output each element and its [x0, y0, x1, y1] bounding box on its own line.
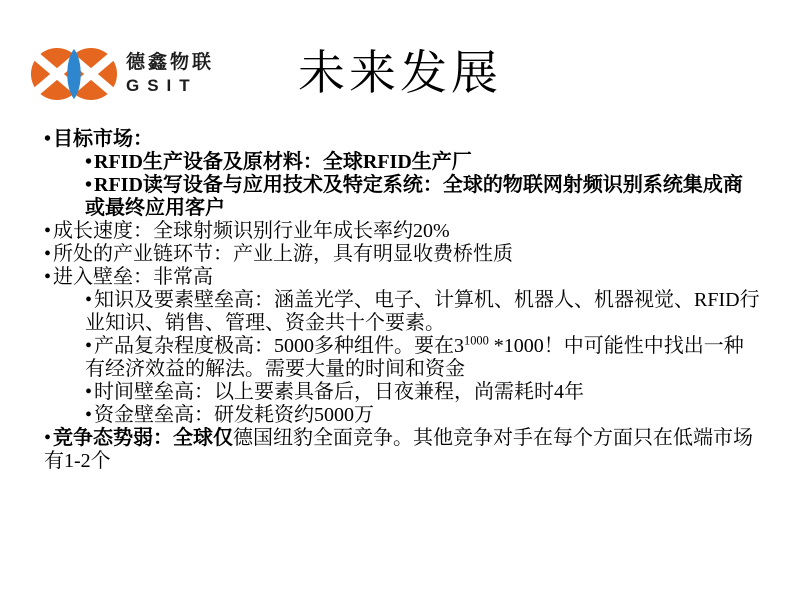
bullet-marker: •	[85, 381, 92, 404]
bullet-marker: •	[44, 128, 51, 151]
bullet-text: 知识及要素壁垒高：涵盖光学、电子、计算机、机器人、机器视觉、RFID行业知识、销…	[85, 289, 760, 334]
bullet-marker: •	[85, 151, 92, 174]
bullet-marker: •	[44, 220, 51, 243]
bullet-item: •竞争态势弱：全球仅德国纽豹全面竞争。其他竞争对手在每个方面只在低端市场有1-2…	[40, 427, 762, 473]
bullet-text: 所处的产业链环节：产业上游，具有明显收费桥性质	[53, 243, 513, 265]
bullet-text-superscript: 1000	[464, 333, 489, 347]
bullet-text: 产品复杂程度极高：5000多种组件。要在3	[94, 335, 464, 357]
bullet-list: •目标市场：•RFID生产设备及原材料：全球RFID生产厂•RFID读写设备与应…	[40, 128, 762, 473]
bullet-item: •RFID读写设备与应用技术及特定系统：全球的物联网射频识别系统集成商或最终应用…	[40, 174, 762, 220]
bullet-text: 目标市场：	[53, 128, 153, 150]
bullet-item: •进入壁垒：非常高	[40, 266, 762, 289]
bullet-item: •知识及要素壁垒高：涵盖光学、电子、计算机、机器人、机器视觉、RFID行业知识、…	[40, 289, 762, 335]
bullet-item: •资金壁垒高：研发耗资约5000万	[40, 404, 762, 427]
bullet-text: 资金壁垒高：研发耗资约5000万	[94, 404, 374, 426]
bullet-text: 进入壁垒：非常高	[53, 266, 213, 288]
bullet-marker: •	[44, 243, 51, 266]
bullet-marker: •	[85, 404, 92, 427]
bullet-text: 竞争态势弱：全球仅	[53, 427, 233, 449]
presentation-slide: 德鑫物联 GSIT 未来发展 •目标市场：•RFID生产设备及原材料：全球RFI…	[0, 0, 800, 600]
bullet-marker: •	[85, 174, 92, 197]
bullet-marker: •	[44, 266, 51, 289]
slide-title: 未来发展	[0, 44, 800, 104]
bullet-text: RFID读写设备与应用技术及特定系统：全球的物联网射频识别系统集成商或最终应用客…	[85, 174, 743, 219]
bullet-text: 时间壁垒高：以上要素具备后，日夜兼程，尚需耗时4年	[94, 381, 584, 403]
bullet-marker: •	[85, 335, 92, 358]
bullet-item: •时间壁垒高：以上要素具备后，日夜兼程，尚需耗时4年	[40, 381, 762, 404]
bullet-item: •目标市场：	[40, 128, 762, 151]
slide-header: 德鑫物联 GSIT 未来发展	[0, 0, 800, 118]
bullet-item: •成长速度：全球射频识别行业年成长率约20%	[40, 220, 762, 243]
bullet-text: 成长速度：全球射频识别行业年成长率约20%	[53, 220, 450, 242]
bullet-item: •产品复杂程度极高：5000多种组件。要在31000 *1000！中可能性中找出…	[40, 335, 762, 381]
bullet-marker: •	[85, 289, 92, 312]
bullet-item: •RFID生产设备及原材料：全球RFID生产厂	[40, 151, 762, 174]
bullet-text: RFID生产设备及原材料：全球RFID生产厂	[94, 151, 472, 173]
bullet-marker: •	[44, 427, 51, 450]
bullet-item: •所处的产业链环节：产业上游，具有明显收费桥性质	[40, 243, 762, 266]
